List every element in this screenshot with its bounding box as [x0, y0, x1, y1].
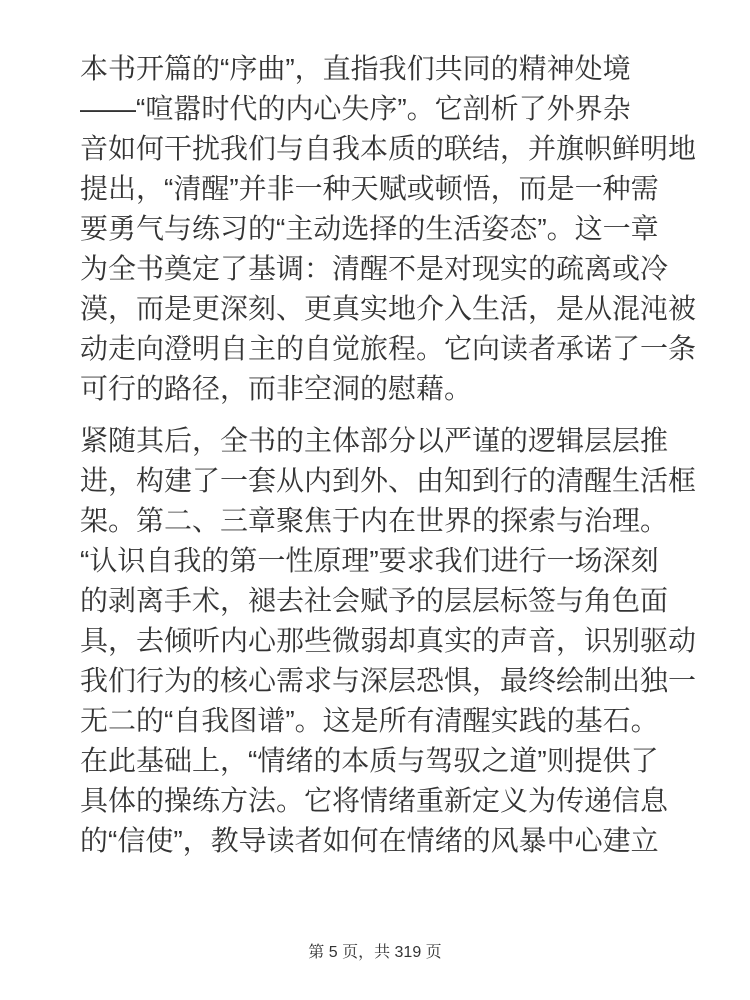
- page-text-block: 本书开篇的“序曲”，直指我们共同的精神处境 ——“喧嚣时代的内心失序”。它剖析了…: [80, 49, 672, 861]
- text-line: 漠，而是更深刻、更真实地介入生活，是从混沌被: [80, 289, 672, 329]
- text-line: 动走向澄明自主的自觉旅程。它向读者承诺了一条: [80, 329, 672, 369]
- text-line: 具体的操练方法。它将情绪重新定义为传递信息: [80, 781, 672, 821]
- text-line: 提出，“清醒”并非一种天赋或顿悟，而是一种需: [80, 169, 672, 209]
- text-line: 具，去倾听内心那些微弱却真实的声音，识别驱动: [80, 621, 672, 661]
- page-indicator: 第 5 页，共 319 页: [308, 944, 441, 961]
- text-line: 在此基础上，“情绪的本质与驾驭之道”则提供了: [80, 741, 672, 781]
- text-line: 音如何干扰我们与自我本质的联结，并旗帜鲜明地: [80, 129, 672, 169]
- text-line: 为全书奠定了基调：清醒不是对现实的疏离或冷: [80, 249, 672, 289]
- document-page: 本书开篇的“序曲”，直指我们共同的精神处境 ——“喧嚣时代的内心失序”。它剖析了…: [0, 0, 750, 1000]
- paragraph: 本书开篇的“序曲”，直指我们共同的精神处境 ——“喧嚣时代的内心失序”。它剖析了…: [80, 49, 672, 409]
- text-line: 我们行为的核心需求与深层恐惧，最终绘制出独一: [80, 661, 672, 701]
- text-line: 要勇气与练习的“主动选择的生活姿态”。这一章: [80, 209, 672, 249]
- text-line: 本书开篇的“序曲”，直指我们共同的精神处境: [80, 49, 672, 89]
- text-line: 可行的路径，而非空洞的慰藉。: [80, 369, 672, 409]
- text-line: 的“信使”，教导读者如何在情绪的风暴中心建立: [80, 821, 672, 861]
- page-footer: 第 5 页，共 319 页: [0, 942, 750, 964]
- text-line: ——“喧嚣时代的内心失序”。它剖析了外界杂: [80, 89, 672, 129]
- paragraph: 紧随其后，全书的主体部分以严谨的逻辑层层推 进，构建了一套从内到外、由知到行的清…: [80, 421, 672, 861]
- text-line: 无二的“自我图谱”。这是所有清醒实践的基石。: [80, 701, 672, 741]
- text-line: 进，构建了一套从内到外、由知到行的清醒生活框: [80, 461, 672, 501]
- text-line: 的剥离手术，褪去社会赋予的层层标签与角色面: [80, 581, 672, 621]
- text-line: 紧随其后，全书的主体部分以严谨的逻辑层层推: [80, 421, 672, 461]
- text-line: “认识自我的第一性原理”要求我们进行一场深刻: [80, 541, 672, 581]
- text-line: 架。第二、三章聚焦于内在世界的探索与治理。: [80, 501, 672, 541]
